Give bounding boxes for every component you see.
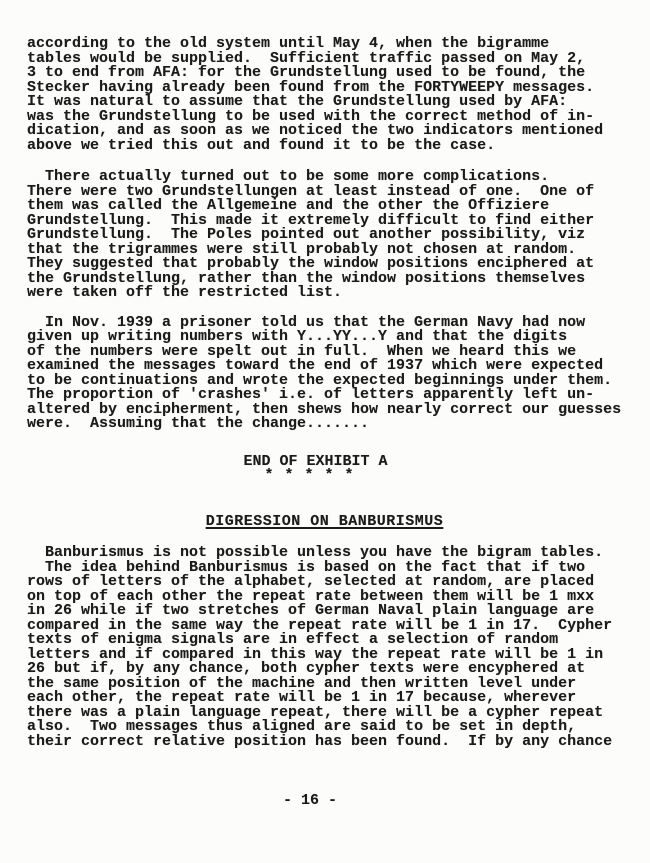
document-page: according to the old system until May 4,… <box>0 0 650 863</box>
paragraph-repeat-rate: The idea behind Banburismus is based on … <box>27 561 637 750</box>
page-content: according to the old system until May 4,… <box>0 0 650 809</box>
star-separator: * * * * * <box>27 469 592 484</box>
paragraph-old-system-continuation: according to the old system until May 4,… <box>27 37 637 153</box>
paragraph-prisoner-1939: In Nov. 1939 a prisoner told us that the… <box>27 316 637 432</box>
section-heading-digression-on-banburismus: DIGRESSION ON BANBURISMUS <box>27 515 622 530</box>
page-number: - 16 - <box>27 794 593 809</box>
paragraph-complications: There actually turned out to be some mor… <box>27 170 637 301</box>
